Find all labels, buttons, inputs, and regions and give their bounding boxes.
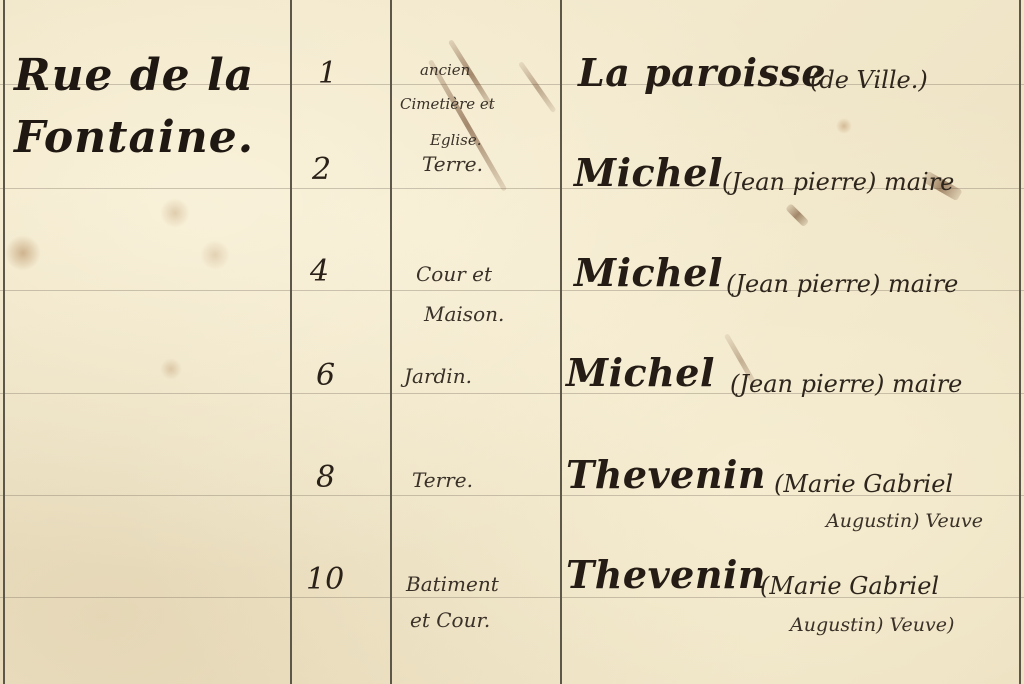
parcel-nature-line: Batiment bbox=[406, 572, 499, 596]
owner-last-name: Michel bbox=[574, 150, 723, 195]
owner-last-name: Thevenin bbox=[566, 552, 766, 597]
owner-first-name: (Jean pierre) maire bbox=[722, 168, 954, 196]
owner-first-name: (de Ville.) bbox=[810, 66, 928, 94]
owner-first-name: (Jean pierre) maire bbox=[726, 270, 958, 298]
parcel-number: 1 bbox=[318, 56, 337, 91]
paper-stain bbox=[836, 118, 852, 134]
owner-first-name-cont: Augustin) Veuve bbox=[826, 510, 983, 532]
parcel-number: 4 bbox=[310, 254, 329, 289]
parcel-number: 10 bbox=[306, 562, 344, 597]
parcel-nature-line: Jardin. bbox=[404, 364, 472, 388]
street-name-line1: Rue de la bbox=[14, 50, 254, 102]
parcel-number: 2 bbox=[312, 152, 331, 187]
column-rule-street-number bbox=[290, 0, 292, 684]
ledger-page: Rue de la Fontaine. 1 ancien Cimetière e… bbox=[0, 0, 1024, 684]
owner-last-name: Thevenin bbox=[566, 452, 766, 497]
paper-stain bbox=[5, 235, 41, 271]
parcel-nature-line: Terre. bbox=[412, 468, 473, 492]
parcel-nature-line: ancien bbox=[420, 62, 470, 79]
owner-first-name: (Jean pierre) maire bbox=[730, 370, 962, 398]
parcel-nature-line: Eglise. bbox=[430, 132, 482, 149]
parcel-nature-line: Maison. bbox=[424, 302, 504, 326]
column-rule-left bbox=[3, 0, 5, 684]
parcel-nature-line: et Cour. bbox=[410, 608, 490, 632]
owner-last-name: Michel bbox=[566, 350, 715, 395]
paper-stain bbox=[160, 358, 182, 380]
owner-first-name: (Marie Gabriel bbox=[760, 572, 939, 600]
parcel-nature-line: Terre. bbox=[422, 152, 483, 176]
ink-blot bbox=[785, 203, 809, 227]
parcel-nature-line: Cimetière et bbox=[400, 96, 495, 113]
owner-last-name: La paroisse bbox=[578, 50, 826, 95]
parcel-number: 6 bbox=[316, 358, 335, 393]
column-rule-nature-owner bbox=[560, 0, 562, 684]
owner-first-name-cont: Augustin) Veuve) bbox=[790, 614, 954, 636]
paper-stain bbox=[160, 198, 190, 228]
owner-first-name: (Marie Gabriel bbox=[774, 470, 953, 498]
street-name-line2: Fontaine. bbox=[14, 112, 254, 164]
parcel-nature-line: Cour et bbox=[416, 262, 492, 286]
parcel-number: 8 bbox=[316, 460, 335, 495]
column-rule-right bbox=[1019, 0, 1021, 684]
ink-strike bbox=[518, 61, 557, 113]
column-rule-number-nature bbox=[390, 0, 392, 684]
paper-stain bbox=[200, 240, 230, 270]
owner-last-name: Michel bbox=[574, 250, 723, 295]
